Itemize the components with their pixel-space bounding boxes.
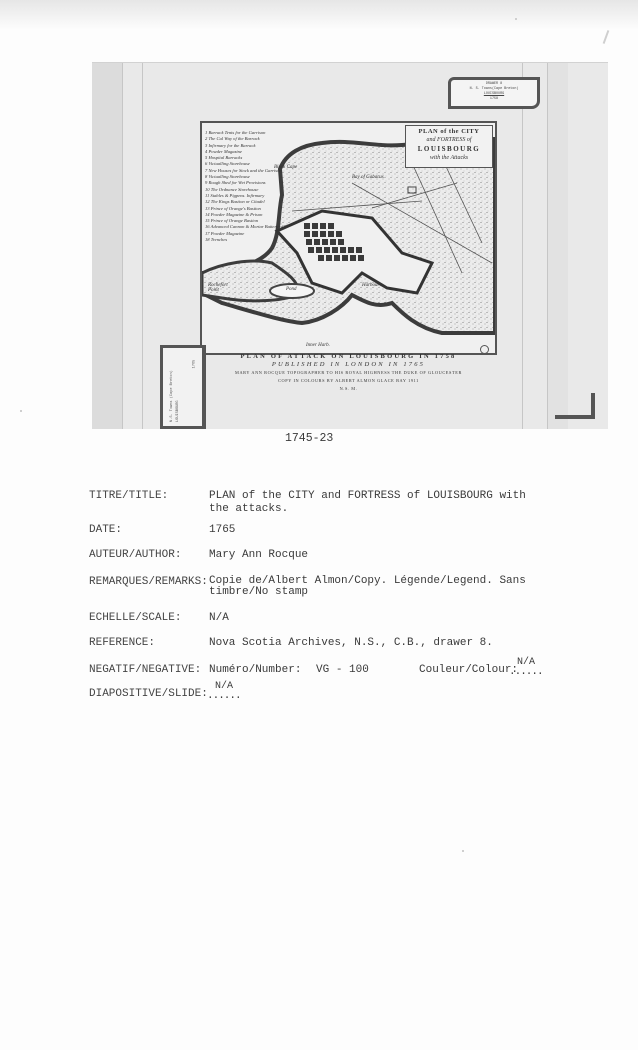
imprint-line: PLAN OF ATTACK ON LOUISBOURG IN 1758 [200, 353, 497, 361]
photo-fold-line [122, 63, 123, 429]
legend-item: 18 Trenches [205, 237, 287, 243]
side-label-line: LOUISBOURG [175, 370, 181, 422]
paper-speck [462, 850, 464, 852]
photo-fold-line [142, 63, 143, 429]
paper-speck [603, 30, 610, 44]
field-label: REFERENCE: [89, 637, 155, 649]
drawer-label: DRAWER 8 N. S. Towns(Cape Breton) LOUISB… [448, 77, 540, 109]
field-label: DATE: [89, 524, 122, 536]
map-label-black-cape: Black Cape [274, 165, 297, 170]
side-catalogue-label: N.S. Towns (Cape Breton) LOUISBOURG 1765 [160, 345, 206, 429]
side-label-year: 1765 [193, 360, 197, 369]
map-label-bay: Bay of Gabarus [352, 175, 384, 180]
negative-number-value: VG - 100 [316, 664, 369, 676]
photo-margin-strip [548, 63, 568, 429]
field-value: Nova Scotia Archives, N.S., C.B., drawer… [209, 637, 549, 649]
map-photograph: DRAWER 8 N. S. Towns(Cape Breton) LOUISB… [92, 62, 608, 429]
field-value: Copie de/Albert Almon/Copy. Légende/Lege… [209, 576, 539, 598]
field-value: N/A [209, 612, 549, 624]
cartouche-line: and FORTRESS of [406, 136, 492, 145]
map-plate: 1 Barrack Tents for the Garrison 2 The C… [200, 121, 497, 355]
field-value: Numéro/Number: VG - 100 Couleur/Colour: … [209, 664, 569, 676]
map-label-pond: Pond [286, 287, 297, 292]
drawer-label-line: 1758 [451, 97, 537, 102]
field-label: AUTEUR/AUTHOR: [89, 549, 181, 561]
field-value: 1765 [209, 524, 549, 536]
side-label-text: N.S. Towns (Cape Breton) LOUISBOURG [169, 370, 181, 422]
negative-colour-label: Couleur/Colour: [419, 664, 518, 676]
field-value: Mary Ann Rocque [209, 549, 549, 561]
map-title-cartouche: PLAN of the CITY and FORTRESS of LOUISBO… [405, 125, 493, 168]
negative-colour-field: N/A ...... [509, 666, 543, 678]
paper-speck [20, 410, 22, 412]
slide-value: N/A [215, 681, 233, 693]
field-value: PLAN of the CITY and FORTRESS of LOUISBO… [209, 490, 549, 516]
map-imprint: PLAN OF ATTACK ON LOUISBOURG IN 1758 PUB… [200, 353, 497, 393]
field-label: REMARQUES/REMARKS: [89, 576, 208, 588]
cartouche-line: LOUISBOURG [406, 145, 492, 154]
photo-fold-line [522, 63, 523, 429]
legend-item: 16 Advanced Cannon & Mortar Battery of 9… [205, 224, 287, 230]
reference-number: 1745-23 [285, 432, 333, 445]
map-legend: 1 Barrack Tents for the Garrison 2 The C… [205, 130, 287, 243]
imprint-line: N.S. M. [200, 385, 497, 393]
cartouche-line: with the Attacks [406, 154, 492, 163]
cartouche-line: PLAN of the CITY [406, 127, 492, 136]
page-top-shadow [0, 0, 638, 30]
photo-corner-bracket [555, 393, 595, 419]
paper-speck [515, 18, 517, 20]
field-label: ECHELLE/SCALE: [89, 612, 181, 624]
imprint-line: PUBLISHED IN LONDON IN 1765 [200, 361, 497, 369]
slide-field: N/A ...... [207, 690, 241, 702]
photo-margin-strip [92, 63, 122, 429]
imprint-line: COPY IN COLOURS BY ALBERT ALMON GLACE BA… [200, 377, 497, 385]
imprint-line: MARY ANN ROCQUE TOPOGRAPHER TO HIS ROYAL… [200, 369, 497, 377]
field-label: TITRE/TITLE: [89, 490, 168, 502]
map-label-inner-harbour: Inner Harb. [306, 343, 330, 348]
negative-colour-value: N/A [517, 657, 535, 669]
map-label-harbour: Harbour [362, 283, 380, 288]
negative-number-label: Numéro/Number: [209, 664, 301, 676]
map-label-rochefort: Rochefort Point [208, 283, 238, 293]
field-label: DIAPOSITIVE/SLIDE: [89, 688, 208, 700]
field-label: NEGATIF/NEGATIVE: [89, 664, 201, 676]
